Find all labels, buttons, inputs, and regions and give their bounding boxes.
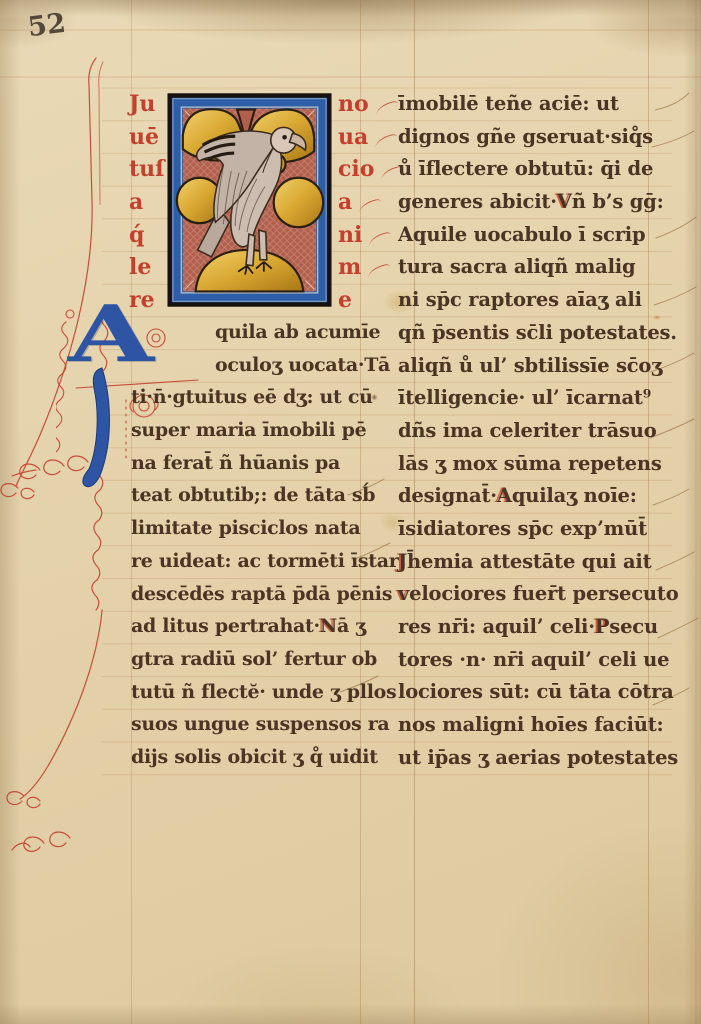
- rubric-row: tuſ: [129, 153, 165, 186]
- text-run: ñ b’s gḡ:: [572, 190, 664, 213]
- text-line: ů īflectere obtutū: q̄i de: [398, 153, 679, 186]
- text-run: lociores sūt: cū tāta cōtra: [398, 680, 674, 703]
- rubric-row: ua: [338, 121, 404, 154]
- rubric-row: no: [338, 88, 404, 121]
- text-run: gtra radiū sol’ fertur ob: [131, 648, 377, 670]
- text-line: generes abicit·Vñ b’s gḡ:: [398, 186, 679, 219]
- rubric-letter: ni: [338, 222, 362, 248]
- rubric-letter: m: [338, 254, 361, 280]
- line-filler-flourish: [373, 133, 399, 149]
- rubric-letter: q́: [129, 222, 144, 248]
- rubricated-capital: J: [398, 550, 407, 573]
- line-filler-flourish: [374, 100, 400, 116]
- text-run: designat̄·: [398, 484, 497, 507]
- text-run: ni sp̄c raptores aīaʒ ali: [398, 288, 642, 311]
- text-line: Aquile uocabulo ī scrip: [398, 219, 679, 252]
- rubric-letter: cio: [338, 156, 374, 182]
- text-run: dñs ima celeriter trāsuo: [398, 419, 657, 442]
- text-run: quilaʒ noīe:: [512, 484, 637, 507]
- rubric-row: cio: [338, 153, 404, 186]
- text-line: ti·n̄·gtuitus eē dʒ: ut cū: [131, 381, 399, 414]
- rubric-letter: ua: [338, 124, 368, 150]
- text-line: Jh̄emia attestāte qui ait: [398, 546, 679, 579]
- text-run: descēdēs raptā p̄dā pēnis: [131, 583, 392, 605]
- rubric-row: ni: [338, 219, 404, 252]
- text-line: re uideat: ac tormēti īstar: [131, 545, 399, 578]
- text-line: teat obtutib;: de tāta sb́: [131, 479, 399, 512]
- text-run: h̄emia attestāte qui ait: [407, 550, 651, 573]
- text-run: īmobilē teñe aciē: ut: [398, 92, 619, 115]
- text-line: limitate pisciclos nata: [131, 512, 399, 545]
- text-line: lās ʒ mox sūma repetens: [398, 448, 679, 481]
- text-line: aliqñ ů ul’ sbtilissīe sc̄oʒ: [398, 350, 679, 383]
- rubric-row: a: [129, 186, 165, 219]
- text-line: designat̄·Aquilaʒ noīe:: [398, 480, 679, 513]
- text-line: ut ip̄as ʒ aerias potestates: [398, 742, 679, 775]
- manuscript-page: 52: [0, 0, 701, 1024]
- text-column-left: quila ab acumīeoculoʒ uocata·Tāti·n̄·gtu…: [131, 316, 399, 774]
- text-run: qñ p̄sentis sc̄li potestates.: [398, 321, 677, 344]
- rubric-row: e: [338, 284, 404, 317]
- line-filler-flourish: [366, 264, 392, 280]
- text-run: secu: [609, 615, 658, 638]
- rubric-left-column: Juuētuſaq́lere: [129, 88, 165, 317]
- rubric-row: a: [338, 186, 404, 219]
- text-run: lās ʒ mox sūma repetens: [398, 452, 662, 475]
- rubric-letter: re: [129, 287, 155, 313]
- text-column-right: īmobilē teñe aciē: utdignos gñe gseruat·…: [398, 88, 679, 774]
- text-line: velociores fuer̄t persecuto: [398, 578, 679, 611]
- text-run: ů īflectere obtutū: q̄i de: [398, 157, 653, 180]
- text-run: ut ip̄as ʒ aerias potestates: [398, 746, 678, 769]
- text-line: ītelligencie· ul’ īcarnat⁹: [398, 382, 679, 415]
- text-line: super maria īmobili pē: [131, 414, 399, 447]
- text-run: tutū ñ flectĕ· unde ʒ pllos: [131, 681, 396, 703]
- text-run: dijs solis obicit ʒ q̊ uidit: [131, 746, 378, 768]
- rubric-letter: Ju: [129, 91, 155, 117]
- rubric-letter: no: [338, 91, 369, 117]
- text-run: aliqñ ů ul’ sbtilissīe sc̄oʒ: [398, 354, 662, 377]
- text-line: descēdēs raptā p̄dā pēnis: [131, 578, 399, 611]
- rubric-row: re: [129, 284, 165, 317]
- rubricated-capital: N: [320, 615, 337, 637]
- text-run: elociores fuer̄t persecuto: [409, 582, 678, 605]
- text-run: suos ungue suspensos ra: [131, 713, 389, 735]
- text-line: dñs ima celeriter trāsuo: [398, 415, 679, 448]
- rubric-letter: e: [338, 287, 352, 313]
- text-line: tura sacra aliqñ malig: [398, 251, 679, 284]
- text-line: qñ p̄sentis sc̄li potestates.: [398, 317, 679, 350]
- text-line: nos maligni hoīes faciūt:: [398, 709, 679, 742]
- text-run: īsidiatores sp̄c exp’mūt̄: [398, 517, 647, 540]
- text-run: generes abicit·: [398, 190, 557, 213]
- text-run: limitate pisciclos nata: [131, 517, 360, 539]
- text-run: quila ab acumīe: [215, 321, 380, 343]
- rubricated-capital: V: [557, 190, 572, 213]
- rubric-letter: a: [129, 189, 143, 215]
- rubric-letter: a: [338, 189, 352, 215]
- text-run: na ferat̄ ñ hūanis pa: [131, 452, 340, 474]
- rubricated-capital: P: [595, 615, 609, 638]
- text-run: oculoʒ uocata·Tā: [215, 354, 390, 376]
- rubric-row: Ju: [129, 88, 165, 121]
- text-line: na ferat̄ ñ hūanis pa: [131, 447, 399, 480]
- rubricated-capital: v: [398, 582, 409, 605]
- text-line: ni sp̄c raptores aīaʒ ali: [398, 284, 679, 317]
- text-line: res nr̄i: aquil’ celi·Psecu: [398, 611, 679, 644]
- eagle-miniature: [166, 88, 333, 312]
- rubric-letter: le: [129, 254, 151, 280]
- text-line: īmobilē teñe aciē: ut: [398, 88, 679, 121]
- text-run: Aquile uocabulo ī scrip: [398, 223, 645, 246]
- text-run: re uideat: ac tormēti īstar: [131, 550, 399, 572]
- text-run: ītelligencie· ul’ īcarnat⁹: [398, 386, 651, 409]
- rubric-row: le: [129, 251, 165, 284]
- text-run: dignos gñe gseruat·siq̊s: [398, 125, 653, 148]
- text-line: īsidiatores sp̄c exp’mūt̄: [398, 513, 679, 546]
- rubric-row: q́: [129, 219, 165, 252]
- rubricated-capital: A: [497, 484, 512, 507]
- text-line: tores ·n· nr̄i aquil’ celi ue: [398, 644, 679, 677]
- text-run: ti·n̄·gtuitus eē dʒ: ut cū: [131, 386, 373, 408]
- text-line: ad litus pertrahat·Nā ʒ: [131, 610, 399, 643]
- text-line: quila ab acumīe: [131, 316, 399, 349]
- rubric-right-column: nouacioanime: [338, 88, 404, 317]
- line-filler-flourish: [368, 231, 394, 247]
- text-run: ad litus pertrahat·: [131, 615, 320, 637]
- initial-tail: [83, 368, 110, 487]
- folio-number: 52: [26, 8, 67, 43]
- text-run: tura sacra aliqñ malig: [398, 255, 635, 278]
- text-run: super maria īmobili pē: [131, 419, 366, 441]
- text-line: tutū ñ flectĕ· unde ʒ pllos: [131, 676, 399, 709]
- text-run: teat obtutib;: de tāta sb́: [131, 484, 375, 506]
- rubric-row: uē: [129, 121, 165, 154]
- text-line: dignos gñe gseruat·siq̊s: [398, 121, 679, 154]
- line-filler-flourish: [357, 198, 383, 214]
- text-run: nos maligni hoīes faciūt:: [398, 713, 664, 736]
- text-run: tores ·n· nr̄i aquil’ celi ue: [398, 648, 669, 671]
- rubric-letter: uē: [129, 124, 159, 150]
- text-run: ā ʒ: [337, 615, 366, 637]
- rubric-letter: tuſ: [129, 156, 165, 182]
- text-line: dijs solis obicit ʒ q̊ uidit: [131, 741, 399, 774]
- text-run: res nr̄i: aquil’ celi·: [398, 615, 595, 638]
- rubric-row: m: [338, 251, 404, 284]
- text-line: lociores sūt: cū tāta cōtra: [398, 676, 679, 709]
- text-line: suos ungue suspensos ra: [131, 708, 399, 741]
- text-line: oculoʒ uocata·Tā: [131, 349, 399, 382]
- text-line: gtra radiū sol’ fertur ob: [131, 643, 399, 676]
